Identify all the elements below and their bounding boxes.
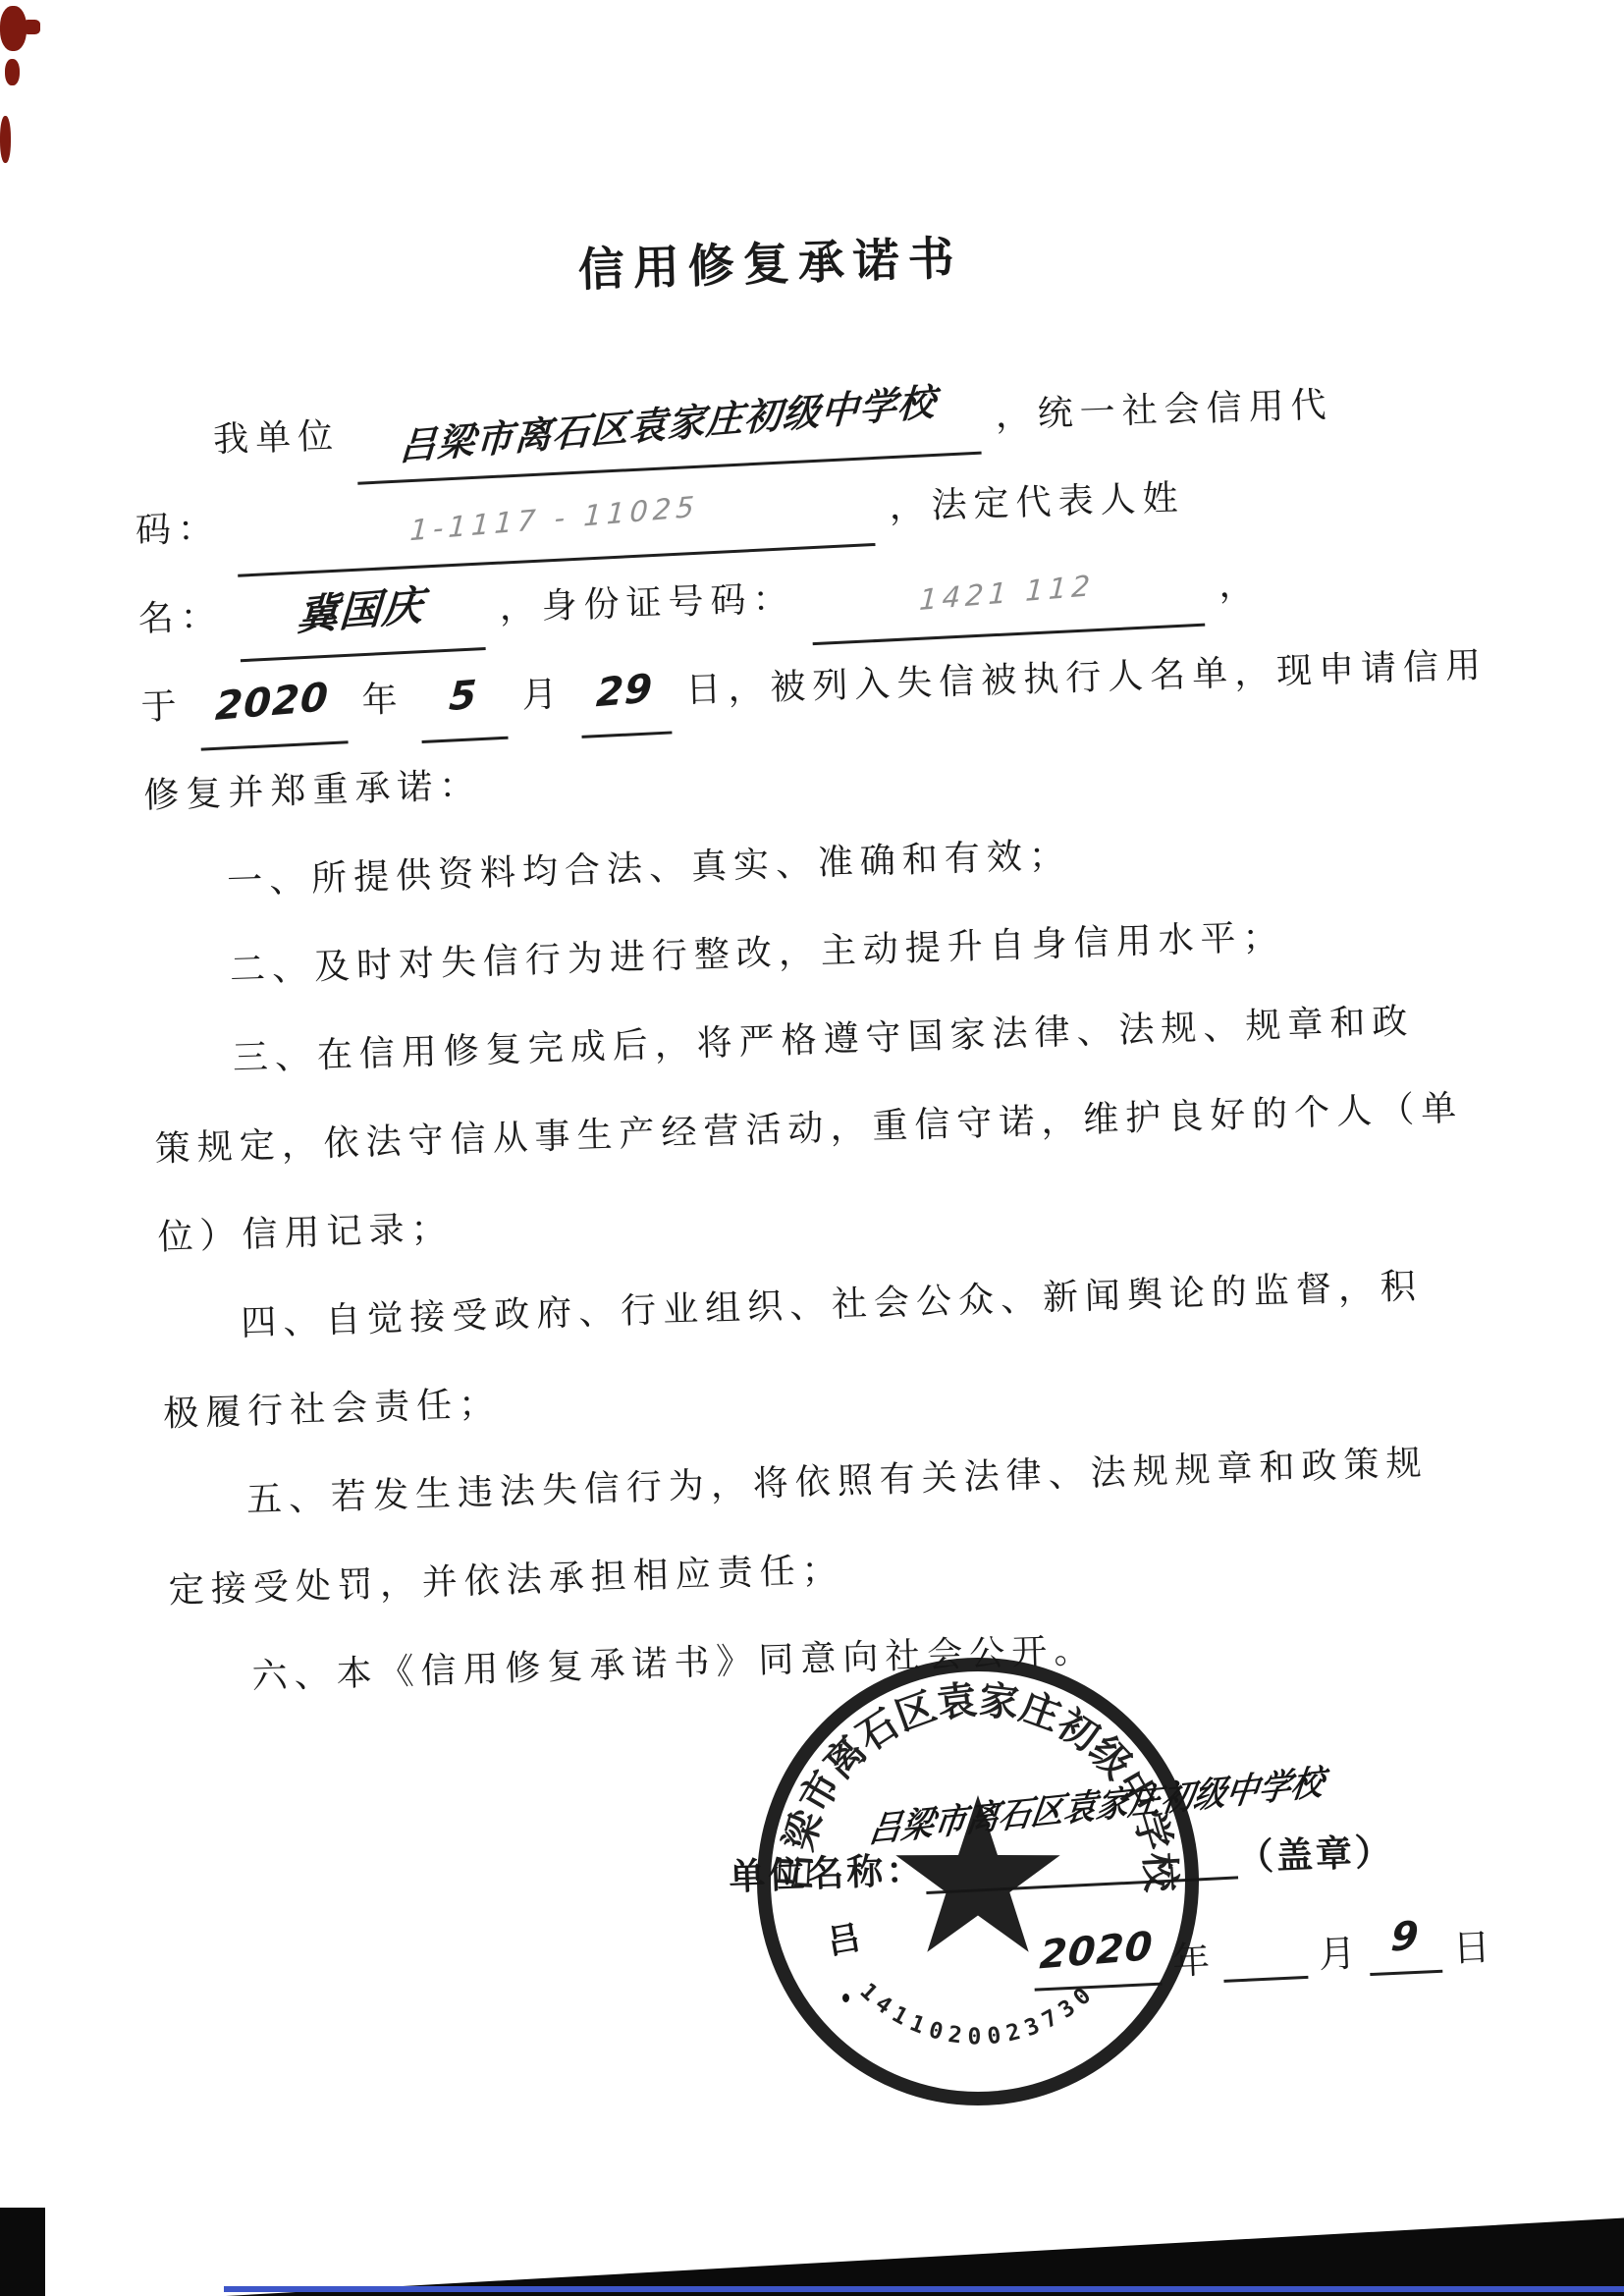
id-number-blank: 1421 112 <box>808 539 1205 645</box>
footer-day-blank: 9 <box>1367 1907 1442 1976</box>
year-blank: 2020 <box>196 656 348 750</box>
label-on: 于 <box>140 686 184 727</box>
listed-dishonest-text: 日，被列入失信被执行人名单，现申请信用 <box>685 645 1489 710</box>
label-month: 月 <box>521 675 565 715</box>
scanner-blue-edge-line <box>224 2286 1624 2292</box>
scanned-document-page: 信用修复承诺书 我单位 吕梁市离石区袁家庄初级中学校 ，统一社会信用代 码： 1… <box>0 0 1624 2296</box>
handwritten-id-number: 1421 112 <box>917 543 1097 642</box>
label-id-number: ，身份证号码： <box>499 578 795 627</box>
month-blank: 5 <box>417 652 508 743</box>
official-seal: 吕梁市离石区袁家庄初级中学校 1411020023730 <box>754 1658 1202 2105</box>
label-code: 码： <box>135 509 220 551</box>
label-year: 年 <box>361 680 405 720</box>
seal-code: 1411020023730 <box>855 1979 1102 2050</box>
label-legal-rep: ，法定代表人姓 <box>889 478 1185 526</box>
handwritten-rep-name: 冀国庆 <box>296 564 427 659</box>
stamp-here-label: （盖章） <box>1236 1831 1394 1878</box>
scan-left-edge-strip <box>0 2208 45 2296</box>
scan-red-mark <box>23 20 40 34</box>
footer-month-label: 月 <box>1318 1934 1359 1977</box>
seal-code-container: 1411020023730 <box>855 1979 1102 2050</box>
day-blank: 29 <box>577 647 672 738</box>
footer-month-blank <box>1221 1913 1309 1983</box>
label-credit-code-lead: ，统一社会信用代 <box>995 385 1333 435</box>
handwritten-year: 2020 <box>213 655 331 749</box>
scan-red-mark <box>5 59 20 85</box>
handwritten-day: 29 <box>594 646 656 736</box>
footer-day-label: 日 <box>1452 1927 1493 1970</box>
rep-name-blank: 冀国庆 <box>237 563 486 662</box>
label-name: 名： <box>137 597 223 639</box>
page-title: 信用修复承诺书 <box>127 207 1414 313</box>
scan-red-mark <box>0 116 11 163</box>
comma: ， <box>1218 564 1262 604</box>
handwritten-month: 5 <box>447 653 480 740</box>
label-our-unit: 我单位 <box>212 416 340 460</box>
handwritten-credit-code: 1-1117 - 11025 <box>407 464 701 573</box>
document-body: 信用修复承诺书 我单位 吕梁市离石区袁家庄初级中学校 ，统一社会信用代 码： 1… <box>127 207 1459 1722</box>
handwritten-footer-day: 9 <box>1388 1907 1420 1967</box>
